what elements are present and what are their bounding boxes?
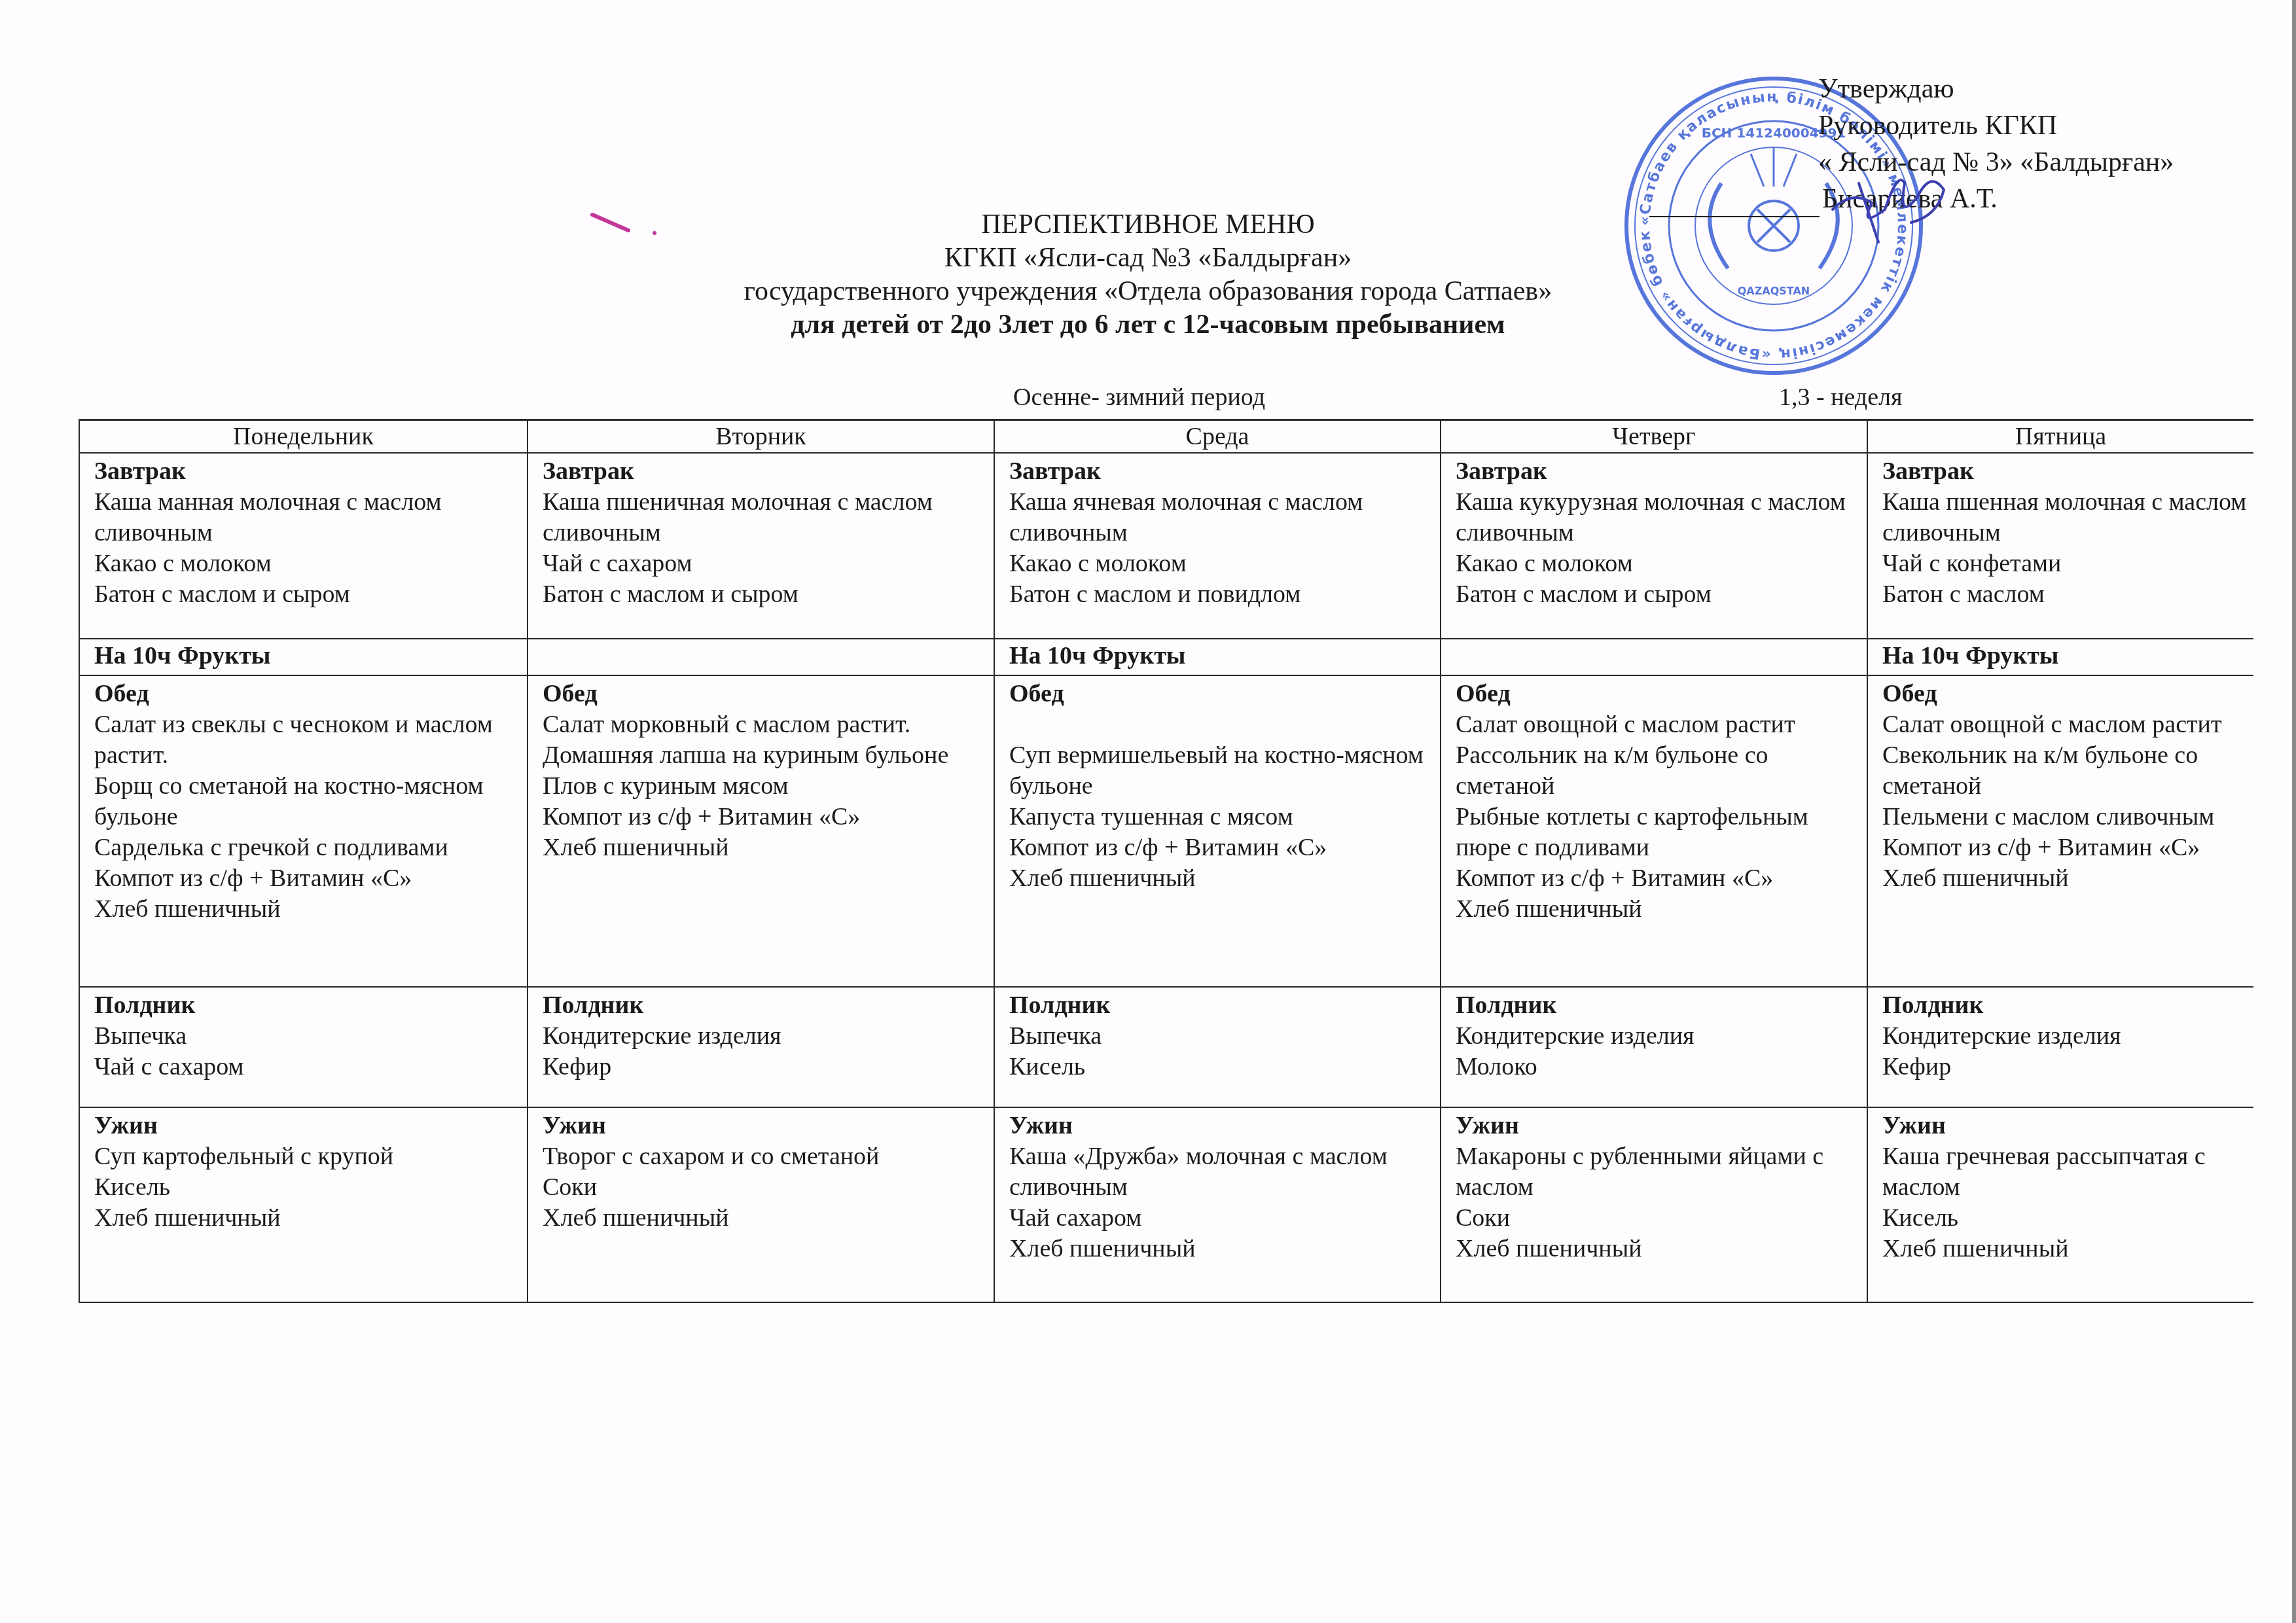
- menu-item: Рыбные котлеты с картофельным пюре с под…: [1456, 802, 1867, 863]
- dinner-cell: УжинСуп картофельный с крупойКисельХлеб …: [79, 1107, 528, 1302]
- fruit-snack-label: На 10ч Фрукты: [94, 639, 527, 672]
- menu-item: Каша пшенная молочная с маслом сливочным: [1882, 487, 2253, 548]
- meal-label: Полдник: [94, 990, 527, 1021]
- menu-item: Салат овощной с маслом растит: [1456, 709, 1867, 740]
- meal-label: Полдник: [1882, 990, 2253, 1021]
- menu-item: Батон с маслом и сыром: [1456, 579, 1867, 610]
- menu-item: Кондитерские изделия: [543, 1021, 994, 1052]
- menu-item: Каша манная молочная с маслом сливочным: [94, 487, 527, 548]
- breakfast-cell: ЗавтракКаша манная молочная с маслом сли…: [79, 453, 528, 639]
- menu-item: Салат из свеклы с чесноком и маслом раст…: [94, 709, 527, 771]
- menu-item: Батон с маслом и сыром: [94, 579, 527, 610]
- dinner-cell: УжинКаша гречневая рассыпчатая с масломК…: [1867, 1107, 2253, 1302]
- day-header: Среда: [994, 420, 1441, 454]
- menu-item: Кондитерские изделия: [1456, 1021, 1867, 1052]
- meal-label: Ужин: [1882, 1111, 2253, 1141]
- menu-item: Капуста тушенная с мясом: [1009, 802, 1440, 832]
- menu-item: Какао с молоком: [94, 548, 527, 579]
- snack-row: ПолдникВыпечкаЧай с сахаромПолдникКондит…: [79, 987, 2253, 1107]
- menu-item: Кисель: [1009, 1052, 1440, 1082]
- breakfast-cell: ЗавтракКаша пшеничная молочная с маслом …: [528, 453, 994, 639]
- meal-label: Обед: [94, 679, 527, 709]
- meal-label: Завтрак: [543, 456, 994, 487]
- breakfast-row: ЗавтракКаша манная молочная с маслом сли…: [79, 453, 2253, 639]
- menu-item: Соки: [543, 1172, 994, 1203]
- menu-item: Хлеб пшеничный: [1456, 1234, 1867, 1264]
- menu-item: Свекольник на к/м бульоне со сметаной: [1882, 740, 2253, 802]
- meal-label: Завтрак: [94, 456, 527, 487]
- menu-item: Кефир: [1882, 1052, 2253, 1082]
- menu-item: Какао с молоком: [1456, 548, 1867, 579]
- lunch-cell: ОбедСалат из свеклы с чесноком и маслом …: [79, 675, 528, 987]
- meal-label: Полдник: [1009, 990, 1440, 1021]
- period-weeks: 1,3 - неделя: [1779, 383, 1903, 412]
- fruit-cell: [528, 639, 994, 675]
- menu-item: Кондитерские изделия: [1882, 1021, 2253, 1052]
- lunch-cell: ОбедСалат овощной с маслом раститСвеколь…: [1867, 675, 2253, 987]
- breakfast-cell: ЗавтракКаша ячневая молочная с маслом сл…: [994, 453, 1441, 639]
- menu-item: Суп вермишельевый на костно-мясном бульо…: [1009, 740, 1440, 802]
- meal-label: Ужин: [1009, 1111, 1440, 1141]
- menu-item: Хлеб пшеничный: [543, 832, 994, 863]
- days-header-row: ПонедельникВторникСредаЧетвергПятница: [79, 420, 2253, 454]
- snack-cell: ПолдникКондитерские изделияКефир: [1867, 987, 2253, 1107]
- lunch-cell: ОбедСалат морковный с маслом растит.Дома…: [528, 675, 994, 987]
- pen-mark-icon: [589, 211, 661, 237]
- menu-item: Домашняя лапша на куриным бульоне: [543, 740, 994, 771]
- dinner-row: УжинСуп картофельный с крупойКисельХлеб …: [79, 1107, 2253, 1302]
- breakfast-cell: ЗавтракКаша кукурузная молочная с маслом…: [1441, 453, 1867, 639]
- menu-item: Каша кукурузная молочная с маслом сливоч…: [1456, 487, 1867, 548]
- menu-item: Компот из с/ф + Витамин «С»: [543, 802, 994, 832]
- menu-item: Хлеб пшеничный: [1456, 894, 1867, 925]
- lunch-cell: Обед Суп вермишельевый на костно-мясном …: [994, 675, 1441, 987]
- menu-item: Хлеб пшеничный: [1882, 863, 2253, 894]
- menu-item: Каша «Дружба» молочная с маслом сливочны…: [1009, 1141, 1440, 1203]
- menu-item: Чай с сахаром: [94, 1052, 527, 1082]
- meal-label: Завтрак: [1456, 456, 1867, 487]
- menu-item: Кисель: [1882, 1203, 2253, 1234]
- menu-item: Какао с молоком: [1009, 548, 1440, 579]
- menu-item: Батон с маслом и сыром: [543, 579, 994, 610]
- snack-cell: ПолдникКондитерские изделияКефир: [528, 987, 994, 1107]
- approval-title: Утверждаю: [1818, 71, 2174, 107]
- fruit-cell: На 10ч Фрукты: [1867, 639, 2253, 675]
- menu-item: Рассольник на к/м бульоне со сметаной: [1456, 740, 1867, 802]
- menu-item: Хлеб пшеничный: [94, 894, 527, 925]
- menu-item: Каша гречневая рассыпчатая с маслом: [1882, 1141, 2253, 1203]
- day-header: Понедельник: [79, 420, 528, 454]
- period-season: Осенне- зимний период: [1013, 383, 1265, 412]
- menu-item: Кефир: [543, 1052, 994, 1082]
- menu-item: Чай с конфетами: [1882, 548, 2253, 579]
- menu-item: [1009, 709, 1440, 740]
- menu-item: Компот из с/ф + Витамин «С»: [1009, 832, 1440, 863]
- menu-item: Пельмени с маслом сливочным: [1882, 802, 2253, 832]
- meal-label: Обед: [1009, 679, 1440, 709]
- snack-cell: ПолдникКондитерские изделияМолоко: [1441, 987, 1867, 1107]
- menu-table: ПонедельникВторникСредаЧетвергПятница За…: [79, 419, 2253, 1303]
- menu-item: Компот из с/ф + Витамин «С»: [1882, 832, 2253, 863]
- day-header: Пятница: [1867, 420, 2253, 454]
- meal-label: Ужин: [94, 1111, 527, 1141]
- menu-item: Соки: [1456, 1203, 1867, 1234]
- meal-label: Полдник: [1456, 990, 1867, 1021]
- snack-cell: ПолдникВыпечкаКисель: [994, 987, 1441, 1107]
- menu-item: Кисель: [94, 1172, 527, 1203]
- meal-label: Обед: [1882, 679, 2253, 709]
- meal-label: Завтрак: [1009, 456, 1440, 487]
- day-header: Четверг: [1441, 420, 1867, 454]
- menu-item: Хлеб пшеничный: [1009, 1234, 1440, 1264]
- menu-item: Чай сахаром: [1009, 1203, 1440, 1234]
- menu-item: Каша пшеничная молочная с маслом сливочн…: [543, 487, 994, 548]
- meal-label: Полдник: [543, 990, 994, 1021]
- menu-item: Салат овощной с маслом растит: [1882, 709, 2253, 740]
- stamp-country: QAZAQSTAN: [1738, 285, 1810, 297]
- menu-item: Выпечка: [94, 1021, 527, 1052]
- menu-item: Молоко: [1456, 1052, 1867, 1082]
- fruit-cell: На 10ч Фрукты: [79, 639, 528, 675]
- signature-icon: [1826, 157, 1957, 249]
- approval-position: Руководитель КГКП: [1818, 107, 2174, 144]
- title-line-age-group: для детей от 2до 3лет до 6 лет с 12-часо…: [0, 308, 2296, 342]
- menu-item: Борщ со сметаной на костно-мясном бульон…: [94, 771, 527, 832]
- menu-item: Сарделька с гречкой с подливами: [94, 832, 527, 863]
- menu-item: Компот из с/ф + Витамин «С»: [1456, 863, 1867, 894]
- fruit-cell: [1441, 639, 1867, 675]
- menu-item: Макароны с рубленными яйцами с маслом: [1456, 1141, 1867, 1203]
- title-line-department: государственного учреждения «Отдела обра…: [0, 275, 2296, 308]
- menu-item: Суп картофельный с крупой: [94, 1141, 527, 1172]
- menu-item: Компот из с/ф + Витамин «С»: [94, 863, 527, 894]
- menu-item: Творог с сахаром и со сметаной: [543, 1141, 994, 1172]
- menu-item: Хлеб пшеничный: [543, 1203, 994, 1234]
- menu-item: Каша ячневая молочная с маслом сливочным: [1009, 487, 1440, 548]
- lunch-row: ОбедСалат из свеклы с чесноком и маслом …: [79, 675, 2253, 987]
- snack-cell: ПолдникВыпечкаЧай с сахаром: [79, 987, 528, 1107]
- menu-item: Хлеб пшеничный: [1009, 863, 1440, 894]
- meal-label: Обед: [1456, 679, 1867, 709]
- day-header: Вторник: [528, 420, 994, 454]
- menu-item: Хлеб пшеничный: [1882, 1234, 2253, 1264]
- meal-label: Ужин: [543, 1111, 994, 1141]
- dinner-cell: УжинКаша «Дружба» молочная с маслом слив…: [994, 1107, 1441, 1302]
- menu-item: Батон с маслом: [1882, 579, 2253, 610]
- dinner-cell: УжинМакароны с рубленными яйцами с масло…: [1441, 1107, 1867, 1302]
- menu-item: Хлеб пшеничный: [94, 1203, 527, 1234]
- breakfast-cell: ЗавтракКаша пшенная молочная с маслом сл…: [1867, 453, 2253, 639]
- fruit-snack-label: На 10ч Фрукты: [1009, 639, 1440, 672]
- meal-label: Завтрак: [1882, 456, 2253, 487]
- meal-label: Обед: [543, 679, 994, 709]
- menu-item: Чай с сахаром: [543, 548, 994, 579]
- meal-label: Ужин: [1456, 1111, 1867, 1141]
- dinner-cell: УжинТворог с сахаром и со сметанойСокиХл…: [528, 1107, 994, 1302]
- menu-item: Плов с куриным мясом: [543, 771, 994, 802]
- menu-item: Батон с маслом и повидлом: [1009, 579, 1440, 610]
- menu-item: Салат морковный с маслом растит.: [543, 709, 994, 740]
- signature-line: [1649, 190, 1820, 217]
- menu-item: Выпечка: [1009, 1021, 1440, 1052]
- fruit-row: На 10ч ФруктыНа 10ч ФруктыНа 10ч Фрукты: [79, 639, 2253, 675]
- lunch-cell: ОбедСалат овощной с маслом раститРассоль…: [1441, 675, 1867, 987]
- fruit-cell: На 10ч Фрукты: [994, 639, 1441, 675]
- fruit-snack-label: На 10ч Фрукты: [1882, 639, 2253, 672]
